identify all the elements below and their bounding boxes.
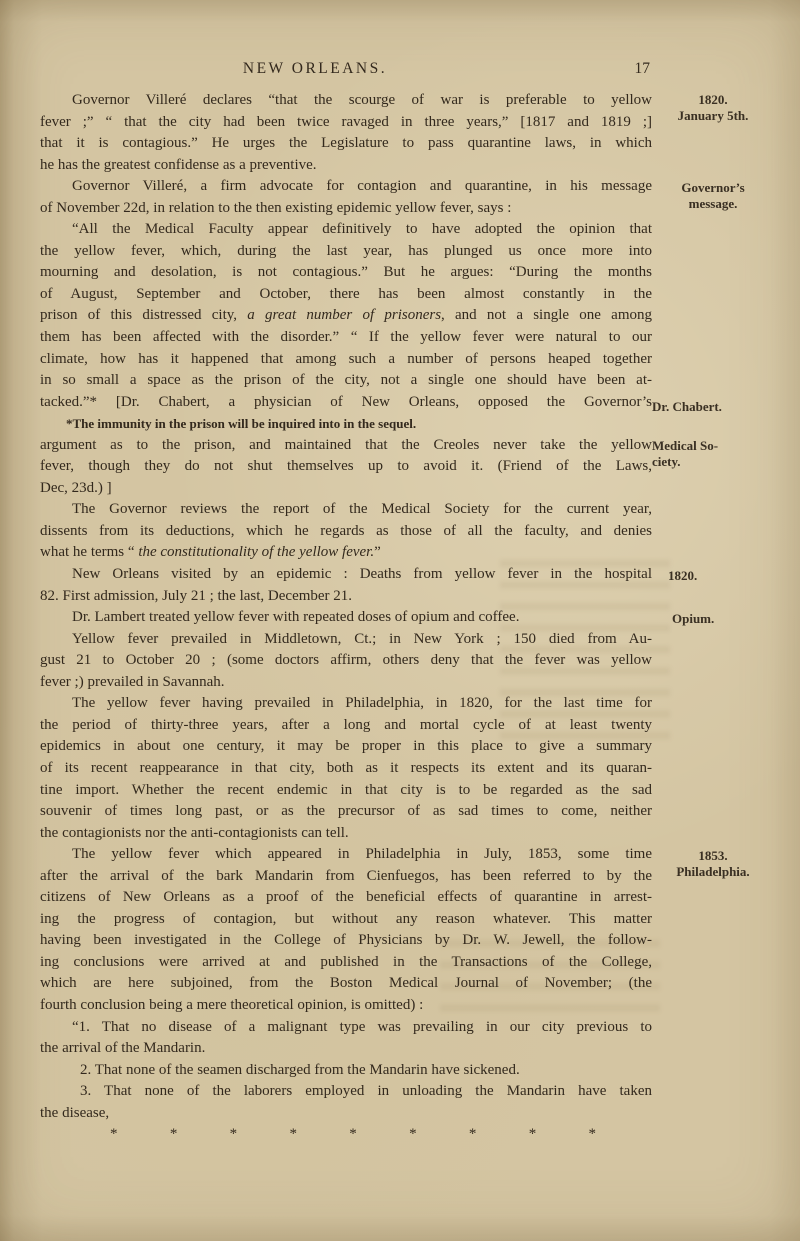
margin-note-medical-society: Medical So- ciety. (652, 438, 792, 470)
margin-note-opium: Opium. (652, 611, 800, 627)
paragraph-philadelphia-1853: The yellow fever which appeared in Phila… (40, 844, 652, 1016)
margin-note-philadelphia-1853: 1853. Philadelphia. (650, 848, 776, 880)
text-line: epidemics in about one century, it may b… (40, 736, 652, 758)
text-line: which are here subjoined, from the Bosto… (40, 973, 652, 995)
text-segment: what he terms “ (40, 544, 138, 560)
text-line: The yellow fever which appeared in Phila… (40, 844, 652, 866)
margin-note-date-1820-january: 1820. January 5th. (650, 92, 776, 124)
text-line: fourth conclusion being a mere theoretic… (40, 995, 652, 1017)
text-line: them has been affected with the disorder… (40, 327, 652, 349)
italic-text-segment: the constitutionality of the yellow feve… (138, 544, 374, 560)
paragraph-philadelphia-1820: The yellow fever having prevailed in Phi… (40, 693, 652, 844)
margin-note-dr-chabert: Dr. Chabert. (652, 399, 792, 415)
text-line: he has the greatest confidense as a prev… (40, 155, 652, 177)
text-line: “All the Medical Faculty appear definiti… (40, 219, 652, 241)
text-line: fever, though they do not shut themselve… (40, 456, 652, 478)
text-line: citizens of New Orleans as a proof of th… (40, 887, 652, 909)
paragraph-chabert-argument: argument as to the prison, and maintaine… (40, 435, 652, 500)
paragraph-conclusion-2: 2. That none of the seamen discharged fr… (40, 1060, 652, 1082)
running-title: NEW ORLEANS. (243, 60, 387, 77)
text-line: 3. That none of the laborers employed in… (40, 1081, 652, 1103)
text-line: of August, September and October, there … (40, 284, 652, 306)
text-line: the contagionists nor the anti-contagion… (40, 823, 652, 845)
text-line: of its recent reappearance in that city,… (40, 758, 652, 780)
text-line: fever ;) prevailed in Savannah. (40, 672, 652, 694)
text-segment: , and not a single one among (441, 307, 652, 323)
text-line-with-italic: what he terms “ the constitutionality of… (40, 542, 652, 564)
text-line: 82. First admission, July 21 ; the last,… (40, 586, 652, 608)
text-line: the yellow fever, which, during the last… (40, 241, 652, 263)
text-segment: ” (374, 544, 381, 560)
paragraph-medical-faculty-quote: “All the Medical Faculty appear definiti… (40, 219, 652, 413)
text-line: 2. That none of the seamen discharged fr… (40, 1060, 652, 1082)
page-number: 17 (635, 60, 651, 78)
text-line: that it is contagious.” He urges the Leg… (40, 133, 652, 155)
text-line: the period of thirty-three years, after … (40, 715, 652, 737)
text-line: fever ;” “ that the city had been twice … (40, 112, 652, 134)
book-page-scan: NEW ORLEANS. 17 1820. January 5th. Gover… (0, 0, 800, 1241)
text-line: tacked.”* [Dr. Chabert, a physician of N… (40, 392, 652, 414)
running-head: NEW ORLEANS. 17 (40, 60, 652, 78)
text-line: gust 21 to October 20 ; (some doctors af… (40, 650, 652, 672)
text-line: “1. That no disease of a malignant type … (40, 1017, 652, 1039)
text-line: The Governor reviews the report of the M… (40, 499, 652, 521)
paragraph-dr-lambert: Dr. Lambert treated yellow fever with re… (40, 607, 652, 629)
paragraph-governor-advocate: Governor Villeré, a firm advocate for co… (40, 176, 652, 219)
paragraph-conclusion-3: 3. That none of the laborers employed in… (40, 1081, 652, 1124)
text-line: Governor Villeré declares “that the scou… (40, 90, 652, 112)
text-line: climate, how has it happened that among … (40, 349, 652, 371)
text-line: in so small a space as the prison of the… (40, 370, 652, 392)
text-line: Governor Villeré, a firm advocate for co… (40, 176, 652, 198)
margin-note-governors-message: Governor’s message. (650, 180, 776, 212)
text-segment: prison of this distressed city, (40, 307, 247, 323)
paragraph-middletown: Yellow fever prevailed in Middletown, Ct… (40, 629, 652, 694)
asterisk-separator: * * * * * * * * * (110, 1124, 596, 1146)
text-line: New Orleans visited by an epidemic : Dea… (40, 564, 652, 586)
text-line: mourning and desolation, is not contagio… (40, 262, 652, 284)
margin-note-year-1820: 1820. (652, 568, 800, 584)
text-line: Dr. Lambert treated yellow fever with re… (40, 607, 652, 629)
text-line: souvenir of times long past, or as the p… (40, 801, 652, 823)
text-line: of November 22d, in relation to the then… (40, 198, 652, 220)
text-line: ing the progress of contagion, but witho… (40, 909, 652, 931)
italic-text-segment: a great number of prisoners (247, 307, 441, 323)
body-text-column: Governor Villeré declares “that the scou… (40, 90, 652, 1146)
text-line: Yellow fever prevailed in Middletown, Ct… (40, 629, 652, 651)
text-line: argument as to the prison, and maintaine… (40, 435, 652, 457)
text-line: Dec, 23d.) ] (40, 478, 652, 500)
footnote: *The immunity in the prison will be inqu… (40, 413, 652, 435)
text-line: the disease, (40, 1103, 652, 1125)
text-line: having been investigated in the College … (40, 930, 652, 952)
text-line-with-italic: prison of this distressed city, a great … (40, 305, 652, 327)
paragraph-epidemic-1820: New Orleans visited by an epidemic : Dea… (40, 564, 652, 607)
paragraph-conclusion-1: “1. That no disease of a malignant type … (40, 1017, 652, 1060)
text-line: tine import. Whether the recent endemic … (40, 780, 652, 802)
text-line: ing conclusions were arrived at and publ… (40, 952, 652, 974)
text-line: The yellow fever having prevailed in Phi… (40, 693, 652, 715)
text-line: the arrival of the Mandarin. (40, 1038, 652, 1060)
text-line: dissents from its deductions, which he r… (40, 521, 652, 543)
paragraph-governor-declares: Governor Villeré declares “that the scou… (40, 90, 652, 176)
paragraph-governor-reviews: The Governor reviews the report of the M… (40, 499, 652, 564)
text-line: after the arrival of the bark Mandarin f… (40, 866, 652, 888)
